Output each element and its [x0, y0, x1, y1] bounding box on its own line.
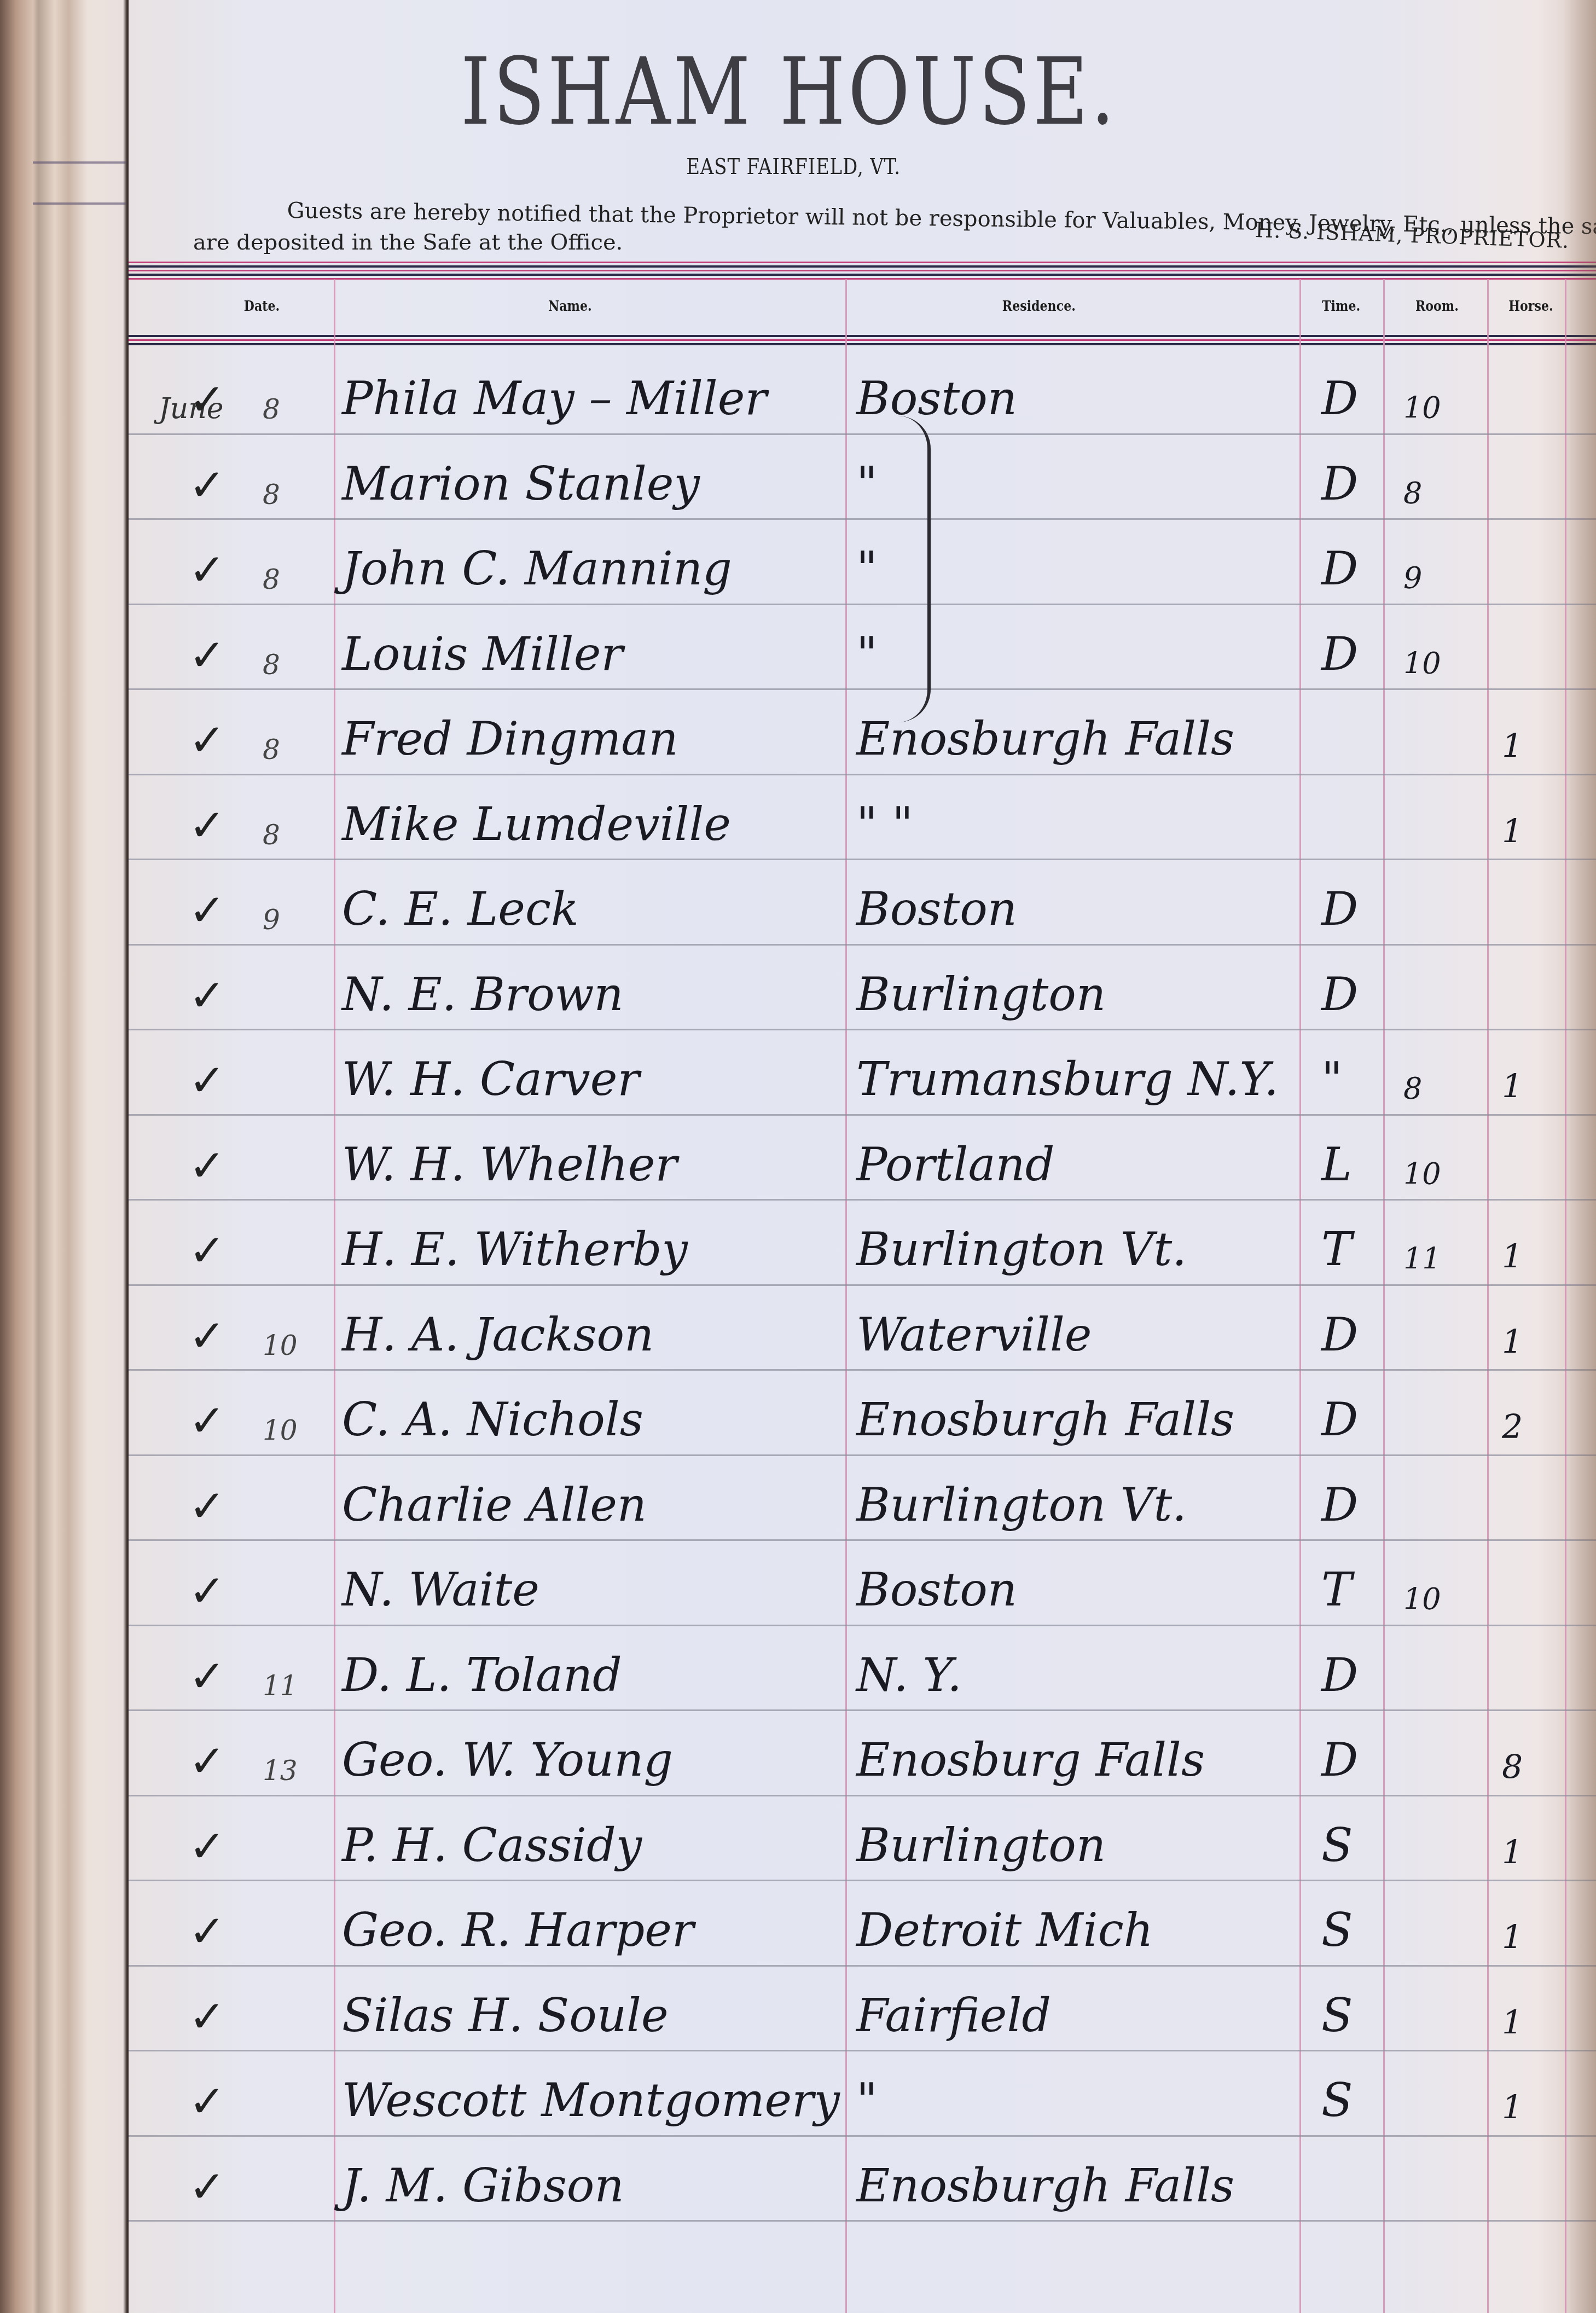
register-row: ✓ 8 Fred Dingman Enosburgh Falls 1 — [129, 691, 1596, 775]
ruled-line — [129, 433, 1596, 435]
horse-count: 1 — [1502, 1834, 1523, 1872]
check-mark-icon: ✓ — [189, 1566, 225, 1616]
ruled-line — [129, 1454, 1596, 1456]
check-mark-icon: ✓ — [189, 544, 225, 595]
entry-day: 8 — [263, 734, 280, 766]
guest-residence: Boston — [856, 1563, 1017, 1616]
guest-name: Charlie Allen — [342, 1478, 647, 1532]
horse-count: 1 — [1502, 813, 1523, 851]
ruled-line — [129, 2050, 1596, 2051]
guest-name: W. H. Whelher — [342, 1138, 677, 1191]
guest-name: H. E. Witherby — [342, 1222, 688, 1276]
check-mark-icon: ✓ — [189, 1311, 225, 1361]
guest-name: Silas H. Soule — [342, 1989, 669, 2042]
check-mark-icon: ✓ — [189, 2076, 225, 2127]
spine-rule — [33, 161, 126, 164]
guest-residence: " " — [856, 797, 913, 851]
guest-residence: " — [856, 2073, 878, 2127]
room-number: 10 — [1403, 391, 1441, 425]
arrival-time: D — [1321, 457, 1358, 511]
register-row: ✓ J. M. Gibson Enosburgh Falls — [129, 2137, 1596, 2222]
guest-residence: " — [856, 627, 878, 681]
entry-day: 10 — [263, 1415, 298, 1446]
guest-name: Geo. R. Harper — [342, 1903, 694, 1957]
register-row: ✓ 13 Geo. W. Young Enosburg Falls D 8 — [129, 1712, 1596, 1796]
room-number: 9 — [1403, 561, 1422, 595]
check-mark-icon: ✓ — [189, 1225, 225, 1276]
check-mark-icon: ✓ — [189, 630, 225, 681]
register-row: ✓ W. H. Whelher Portland L 10 — [129, 1116, 1596, 1201]
ruled-line — [129, 1965, 1596, 1967]
guest-residence: Waterville — [856, 1308, 1092, 1361]
column-header-horse: Horse. — [1508, 298, 1553, 315]
horse-count: 1 — [1502, 1068, 1523, 1106]
ruled-line — [129, 1880, 1596, 1881]
register-row: ✓ H. E. Witherby Burlington Vt. T 11 1 — [129, 1201, 1596, 1286]
check-mark-icon: ✓ — [189, 970, 225, 1021]
register-row: ✓ Wescott Montgomery " S 1 — [129, 2052, 1596, 2137]
guest-residence: " — [856, 542, 878, 595]
register-row: ✓ Geo. R. Harper Detroit Mich S 1 — [129, 1882, 1596, 1967]
register-row: ✓ 8 Mike Lumdeville " " 1 — [129, 776, 1596, 861]
entry-day: 8 — [263, 819, 280, 851]
guest-residence: Boston — [856, 882, 1017, 936]
ruled-line — [129, 1199, 1596, 1201]
page-curl-shadow — [1563, 0, 1596, 2313]
guest-name: N. Waite — [342, 1563, 539, 1616]
entry-day: 8 — [263, 393, 280, 425]
arrival-time: D — [1321, 1478, 1358, 1532]
column-header-name: Name. — [548, 298, 592, 315]
arrival-time: " — [1321, 1052, 1343, 1106]
ruled-line — [129, 944, 1596, 946]
register-row: ✓ 9 C. E. Leck Boston D — [129, 861, 1596, 946]
ruled-line — [129, 1539, 1596, 1541]
room-number: 8 — [1403, 1071, 1422, 1106]
arrival-time: S — [1321, 2073, 1353, 2127]
guest-residence: Burlington — [856, 1818, 1106, 1872]
register-row: ✓ 10 C. A. Nichols Enosburgh Falls D 2 — [129, 1371, 1596, 1456]
guest-name: Louis Miller — [342, 627, 623, 681]
arrival-time: D — [1321, 1648, 1358, 1702]
register-row: ✓ 10 H. A. Jackson Waterville D 1 — [129, 1286, 1596, 1371]
horse-count: 1 — [1502, 2004, 1523, 2042]
ruled-line — [129, 1029, 1596, 1030]
entry-day: 13 — [263, 1755, 298, 1787]
arrival-time: L — [1321, 1138, 1352, 1191]
arrival-time: D — [1321, 967, 1358, 1021]
ruled-line — [129, 1369, 1596, 1371]
check-mark-icon: ✓ — [189, 460, 225, 511]
ruled-line — [129, 518, 1596, 520]
check-mark-icon: ✓ — [189, 1991, 225, 2042]
arrival-time: D — [1321, 627, 1358, 681]
check-mark-icon: ✓ — [189, 1821, 225, 1872]
arrival-time: D — [1321, 1393, 1358, 1446]
register-page: ISHAM HOUSE. EAST FAIRFIELD, VT. Guests … — [129, 0, 1596, 2313]
check-mark-icon: ✓ — [189, 1395, 225, 1446]
guest-residence: Enosburgh Falls — [856, 1393, 1234, 1446]
book-spine — [0, 0, 129, 2313]
guest-residence: Enosburgh Falls — [856, 712, 1234, 766]
ruled-line — [129, 604, 1596, 605]
arrival-time: S — [1321, 1818, 1353, 1872]
check-mark-icon: ✓ — [189, 1651, 225, 1702]
register-row: June ✓ 8 Phila May – Miller Boston D 10 — [129, 350, 1596, 435]
spine-rule — [33, 202, 126, 205]
guest-name: W. H. Carver — [342, 1052, 640, 1106]
ruled-line — [129, 1625, 1596, 1626]
check-mark-icon: ✓ — [189, 885, 225, 936]
arrival-time: D — [1321, 542, 1358, 595]
guest-residence: Trumansburg N.Y. — [856, 1052, 1279, 1106]
entry-day: 8 — [263, 564, 280, 595]
room-number: 10 — [1403, 1157, 1441, 1191]
horse-count: 1 — [1502, 1918, 1523, 1957]
register-row: ✓ 8 Louis Miller " D 10 — [129, 606, 1596, 691]
horse-count: 8 — [1502, 1748, 1523, 1787]
check-mark-icon: ✓ — [189, 1906, 225, 1957]
column-header-room: Room. — [1415, 298, 1459, 315]
hotel-title: ISHAM HOUSE. — [251, 38, 1327, 146]
guest-name: Mike Lumdeville — [342, 797, 731, 851]
register-row: ✓ N. Waite Boston T 10 — [129, 1541, 1596, 1626]
arrival-time: D — [1321, 882, 1358, 936]
ruled-line — [129, 774, 1596, 775]
entry-day: 8 — [263, 479, 280, 511]
arrival-time: D — [1321, 1733, 1358, 1787]
room-number: 8 — [1403, 476, 1422, 511]
check-mark-icon: ✓ — [189, 374, 225, 425]
check-mark-icon: ✓ — [189, 715, 225, 766]
ruled-line — [129, 1795, 1596, 1796]
ruled-line — [129, 1284, 1596, 1286]
check-mark-icon: ✓ — [189, 1736, 225, 1787]
register-row: ✓ N. E. Brown Burlington D — [129, 946, 1596, 1031]
guest-name: D. L. Toland — [342, 1648, 622, 1702]
hotel-location: EAST FAIRFIELD, VT. — [235, 154, 1351, 179]
guest-residence: Portland — [856, 1138, 1054, 1191]
room-number: 11 — [1403, 1242, 1441, 1276]
column-header-date: Date. — [244, 298, 280, 315]
guest-name: Geo. W. Young — [342, 1733, 673, 1787]
register-row: ✓ 11 D. L. Toland N. Y. D — [129, 1627, 1596, 1712]
guest-residence: " — [856, 457, 878, 511]
horse-count: 1 — [1502, 1323, 1523, 1361]
guest-residence: Detroit Mich — [856, 1903, 1153, 1957]
guest-residence: Enosburgh Falls — [856, 2159, 1234, 2212]
arrival-time: D — [1321, 1308, 1358, 1361]
guest-name: H. A. Jackson — [342, 1308, 654, 1361]
liability-notice-continued: are deposited in the Safe at the Office. — [193, 230, 623, 255]
entry-day: 11 — [263, 1670, 298, 1702]
ruled-line — [129, 1709, 1596, 1711]
ruled-line — [129, 859, 1596, 860]
guest-residence: Enosburg Falls — [856, 1733, 1205, 1787]
guest-residence: Burlington Vt. — [856, 1478, 1187, 1532]
entry-day: 8 — [263, 649, 280, 681]
ruled-line — [129, 688, 1596, 690]
room-number: 10 — [1403, 646, 1441, 681]
guest-name: Marion Stanley — [342, 457, 700, 511]
horse-count: 1 — [1502, 727, 1523, 766]
guest-residence: Boston — [856, 372, 1017, 425]
guest-name: J. M. Gibson — [342, 2159, 624, 2212]
check-mark-icon: ✓ — [189, 1140, 225, 1191]
register-row: ✓ Charlie Allen Burlington Vt. D — [129, 1457, 1596, 1541]
horse-count: 2 — [1502, 1408, 1523, 1446]
guest-name: N. E. Brown — [342, 967, 624, 1021]
guest-residence: N. Y. — [856, 1648, 962, 1702]
register-row: ✓ Silas H. Soule Fairfield S 1 — [129, 1967, 1596, 2052]
arrival-time: D — [1321, 372, 1358, 425]
guest-residence: Burlington — [856, 967, 1106, 1021]
guest-name: P. H. Cassidy — [342, 1818, 642, 1872]
ruled-line — [129, 2135, 1596, 2137]
column-header-residence: Residence. — [1002, 298, 1076, 315]
guest-name: C. A. Nichols — [342, 1393, 643, 1446]
check-mark-icon: ✓ — [189, 800, 225, 851]
guest-residence: Fairfield — [856, 1989, 1051, 2042]
guest-name: Fred Dingman — [342, 712, 678, 766]
guest-residence: Burlington Vt. — [856, 1222, 1187, 1276]
ruled-line — [129, 2220, 1596, 2222]
register-row: ✓ 8 Marion Stanley " D 8 — [129, 436, 1596, 520]
guest-name: John C. Manning — [342, 542, 732, 595]
check-mark-icon: ✓ — [189, 1055, 225, 1106]
register-row: ✓ P. H. Cassidy Burlington S 1 — [129, 1797, 1596, 1882]
check-mark-icon: ✓ — [189, 2161, 225, 2212]
guest-name: C. E. Leck — [342, 882, 579, 936]
column-header-time: Time. — [1322, 298, 1360, 315]
register-row: ✓ 8 John C. Manning " D 9 — [129, 520, 1596, 605]
group-brace — [889, 416, 931, 722]
arrival-time: T — [1321, 1222, 1352, 1276]
guest-name: Wescott Montgomery — [342, 2073, 840, 2127]
arrival-time: T — [1321, 1563, 1352, 1616]
entry-day: 9 — [263, 904, 280, 936]
guest-name: Phila May – Miller — [342, 372, 767, 425]
entry-day: 10 — [263, 1330, 298, 1361]
check-mark-icon: ✓ — [189, 1481, 225, 1532]
register-row: ✓ W. H. Carver Trumansburg N.Y. " 8 1 — [129, 1031, 1596, 1116]
horse-count: 1 — [1502, 1238, 1523, 1276]
arrival-time: S — [1321, 1903, 1353, 1957]
horse-count: 1 — [1502, 2089, 1523, 2127]
room-number: 10 — [1403, 1582, 1441, 1616]
ruled-line — [129, 1114, 1596, 1116]
arrival-time: S — [1321, 1989, 1353, 2042]
